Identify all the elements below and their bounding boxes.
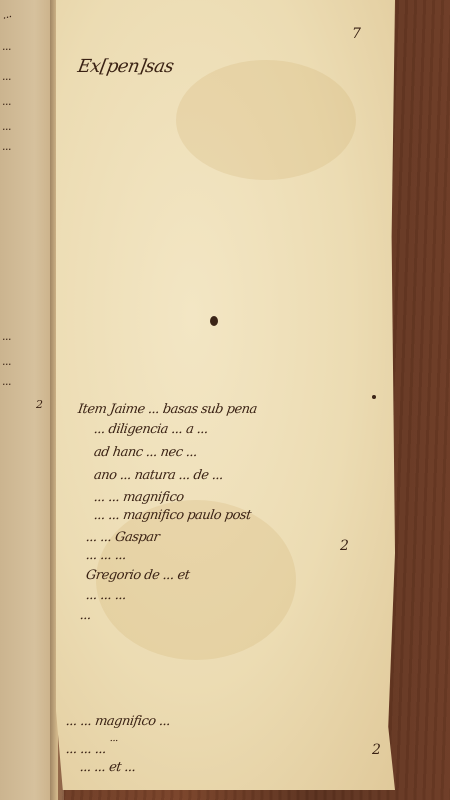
left-page-fragment: ... — [0, 7, 12, 22]
manuscript-line: Item Jaime ... basas sub pena — [77, 402, 258, 417]
paper-wormhole — [210, 316, 218, 326]
left-page-fragment: ... — [2, 140, 11, 153]
manuscript-line: ... diligencia ... a ... — [93, 422, 209, 437]
footer-line: ... ... magnifico ... — [65, 714, 171, 729]
left-page-fragment: ... — [2, 40, 11, 53]
manuscript-line: ... ... ... — [85, 548, 127, 563]
manuscript-line: ad hanc ... nec ... — [93, 445, 198, 460]
margin-mark: 2 — [340, 538, 348, 554]
page-heading: Ex[pen]sas — [76, 56, 175, 77]
folio-number: 7 — [352, 26, 360, 42]
manuscript-line: ... ... magnifico paulo post — [93, 508, 252, 523]
left-page-fragment: ... — [2, 330, 11, 343]
manuscript-line: ano ... natura ... de ... — [93, 468, 224, 483]
left-page-fragment: ... — [2, 355, 11, 368]
left-page-fragment: ... — [2, 375, 11, 388]
margin-mark: 2 — [372, 742, 380, 758]
paper-stain — [176, 60, 356, 180]
manuscript-line: Gregorio de ... et — [85, 568, 190, 583]
footer-line: ... ... ... — [65, 742, 107, 757]
manuscript-line: ... — [79, 608, 92, 623]
left-page-fragment: ... — [2, 70, 11, 83]
ink-dot — [372, 395, 376, 399]
manuscript-line: ... ... magnifico — [93, 490, 185, 505]
manuscript-line: ... ... Gaspar — [85, 530, 160, 545]
left-page-fragment: 2 — [36, 398, 43, 411]
left-page-fragment: ... — [2, 120, 11, 133]
left-page-fragment: ... — [2, 95, 11, 108]
manuscript-line: ... ... ... — [85, 588, 127, 603]
footer-line: ... ... et ... — [79, 760, 137, 775]
footer-line: ... — [109, 733, 119, 744]
manuscript-page — [56, 0, 395, 790]
